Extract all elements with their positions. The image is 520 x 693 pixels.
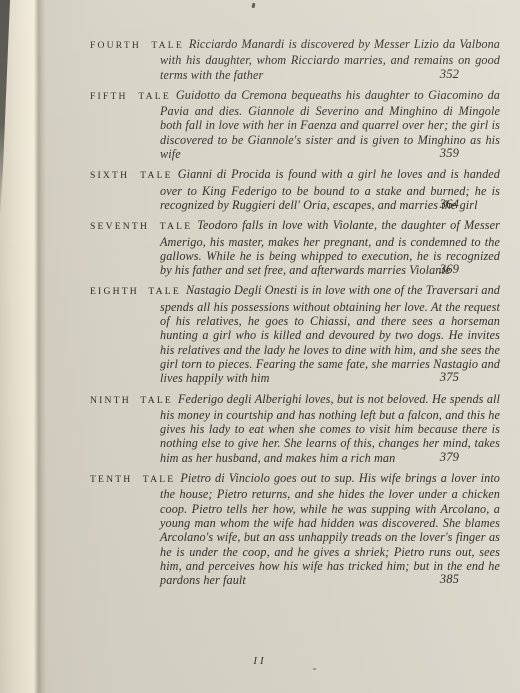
tale-label: FOURTH TALE xyxy=(90,40,184,51)
toc-entry-fourth-tale: FOURTH TALERicciardo Manardi is discover… xyxy=(90,37,500,82)
tale-page-number: 352 xyxy=(430,67,459,81)
toc-entry-tenth-tale: TENTH TALEPietro di Vinciolo goes out to… xyxy=(90,471,500,587)
gutter-shadow xyxy=(34,0,46,693)
tale-label: SEVENTH TALE xyxy=(90,221,192,232)
tale-label: EIGHTH TALE xyxy=(90,286,181,297)
tale-description: Pietro di Vinciolo goes out to sup. His … xyxy=(160,471,500,587)
dust-speck xyxy=(252,3,256,9)
tale-label: NINTH TALE xyxy=(90,395,173,406)
toc-entry-ninth-tale: NINTH TALEFederigo degli Alberighi loves… xyxy=(90,392,500,465)
tale-page-number: 385 xyxy=(430,572,459,586)
dust-speck xyxy=(313,668,316,670)
book-page-photo: FOURTH TALERicciardo Manardi is discover… xyxy=(0,0,520,693)
toc-entry-eighth-tale: EIGHTH TALENastagio Degli Onesti is in l… xyxy=(90,283,500,385)
table-of-contents: FOURTH TALERicciardo Manardi is discover… xyxy=(90,37,458,593)
toc-entry-sixth-tale: SIXTH TALEGianni di Procida is found wit… xyxy=(90,167,500,212)
tale-page-number: 375 xyxy=(430,370,459,384)
tale-page-number: 359 xyxy=(430,146,459,160)
toc-entry-seventh-tale: SEVENTH TALETeodoro falls in love with V… xyxy=(90,218,500,277)
tale-label: FIFTH TALE xyxy=(90,91,171,102)
tale-label: TENTH TALE xyxy=(90,474,175,485)
tale-page-number: 364 xyxy=(430,197,459,211)
toc-entry-fifth-tale: FIFTH TALEGuidotto da Cremona bequeaths … xyxy=(90,88,500,161)
tale-page-number: 379 xyxy=(430,450,459,464)
tale-page-number: 369 xyxy=(430,262,459,276)
page-folio: II xyxy=(90,655,430,667)
tale-label: SIXTH TALE xyxy=(90,170,173,181)
